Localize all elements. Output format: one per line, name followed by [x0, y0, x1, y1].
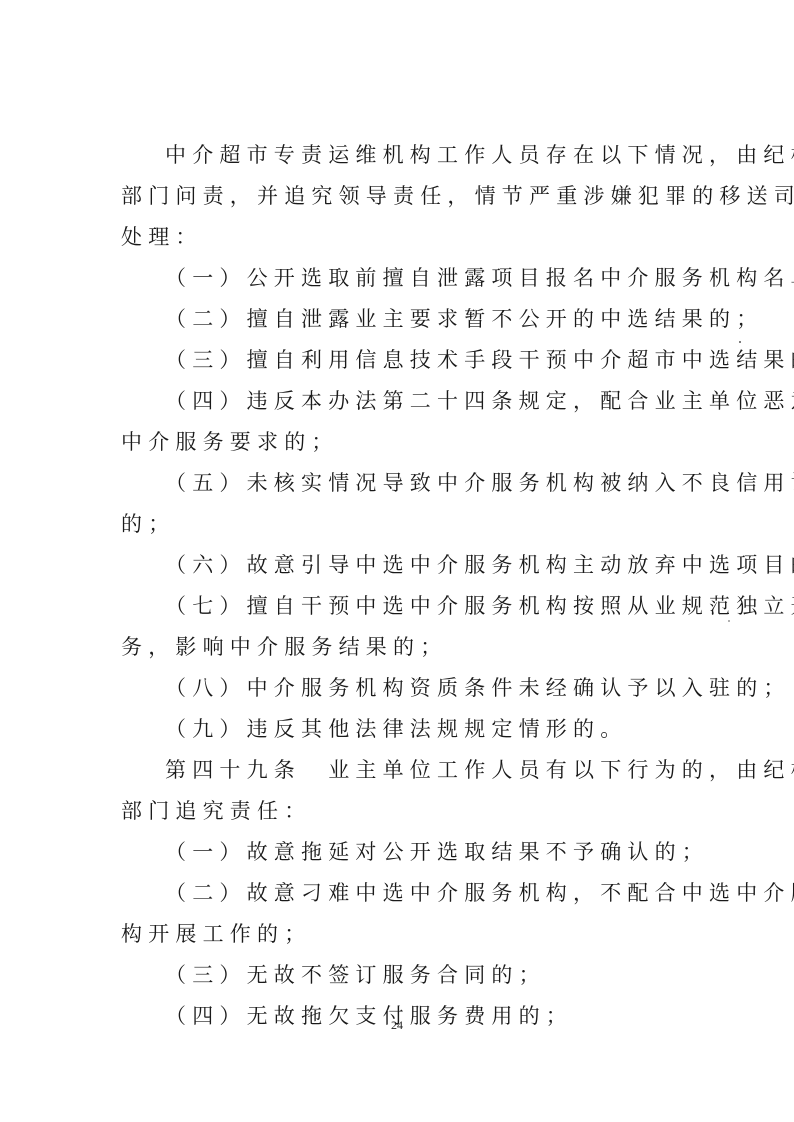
list-item: （一）故意拖延对公开选取结果不予确认的； [121, 832, 685, 873]
list-item-continuation: 中介服务要求的； [121, 422, 685, 463]
paragraph-line: 部门问责，并追究领导责任，情节严重涉嫌犯罪的移送司法机关 [121, 176, 685, 217]
paragraph-line: 中介超市专责运维机构工作人员存在以下情况，由纪检监察 [121, 135, 685, 176]
list-item: （八）中介服务机构资质条件未经确认予以入驻的； [121, 668, 685, 709]
list-item: （二）擅自泄露业主要求暂不公开的中选结果的； [121, 299, 685, 340]
body-text: 中介超市专责运维机构工作人员存在以下情况，由纪检监察 部门问责，并追究领导责任，… [121, 135, 685, 1037]
document-page: 中介超市专责运维机构工作人员存在以下情况，由纪检监察 部门问责，并追究领导责任，… [0, 0, 794, 1122]
scan-speck [728, 620, 730, 622]
list-item: （七）擅自干预中选中介服务机构按照从业规范独立开展服 [121, 586, 685, 627]
list-item: （三）擅自利用信息技术手段干预中介超市中选结果的； [121, 340, 685, 381]
list-item: （一）公开选取前擅自泄露项目报名中介服务机构名单的； [121, 258, 685, 299]
list-item: （四）违反本办法第二十四条规定，配合业主单位恶意抬高 [121, 381, 685, 422]
list-item: （二）故意刁难中选中介服务机构，不配合中选中介服务机 [121, 873, 685, 914]
paragraph-line: 部门追究责任： [121, 791, 685, 832]
list-item-continuation: 务，影响中介服务结果的； [121, 627, 685, 668]
list-item-continuation: 构开展工作的； [121, 914, 685, 955]
list-item: （五）未核实情况导致中介服务机构被纳入不良信用记录 [121, 463, 685, 504]
list-item-continuation: 的； [121, 504, 685, 545]
page-number: 24 [0, 1018, 794, 1033]
list-item: （六）故意引导中选中介服务机构主动放弃中选项目的； [121, 545, 685, 586]
list-item: （九）违反其他法律法规规定情形的。 [121, 709, 685, 750]
paragraph-line: 处理： [121, 217, 685, 258]
list-item: （三）无故不签订服务合同的； [121, 955, 685, 996]
article-heading-line: 第四十九条 业主单位工作人员有以下行为的，由纪检监察 [121, 750, 685, 791]
scan-speck [739, 341, 741, 343]
